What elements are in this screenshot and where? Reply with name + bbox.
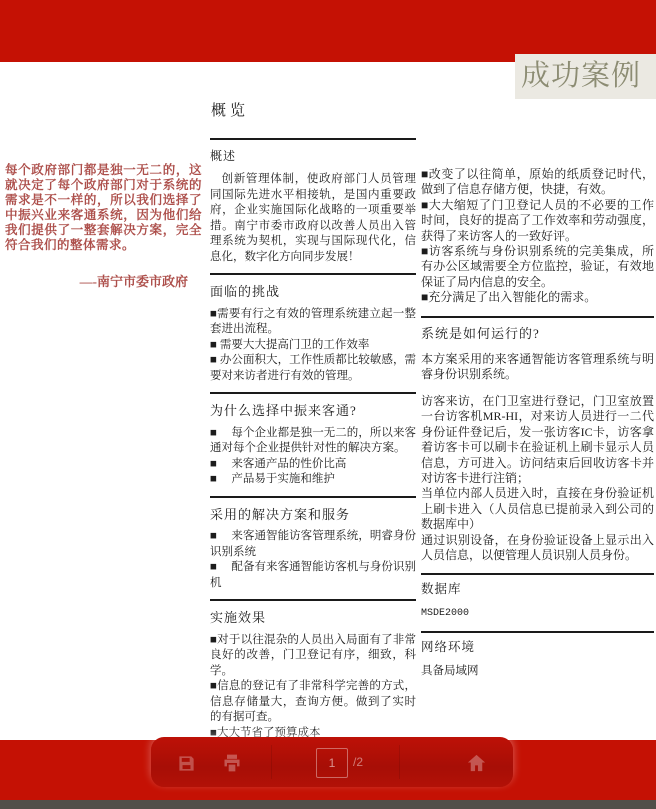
network-heading: 网络环境 [421, 640, 654, 655]
results-heading: 实施效果 [210, 610, 416, 626]
toolbar-separator [271, 745, 272, 779]
section-divider [210, 392, 416, 394]
bullet-item: ■访客系统与身份识别系统的完美集成，所有办公区域需要全方位监控，验证，有效地保证… [421, 244, 654, 290]
quote-attribution: —-南宁市委市政府 [5, 271, 188, 290]
print-icon [222, 753, 242, 773]
bullet-item: ■改变了以往简单，原始的纸质登记时代，做到了信息存储方便，快捷，有效。 [421, 167, 654, 198]
section-divider [210, 496, 416, 498]
customer-quote: 每个政府部门都是独一无二的，这就决定了每个政府部门对于系统的需求是不一样的，所以… [5, 163, 202, 253]
viewer-toolbar: 1 /2 [151, 737, 513, 787]
section-divider [421, 573, 654, 575]
bullet-item: ■大大缩短了门卫登记人员的不必要的工作时间，良好的提高了工作效率和劳动强度，获得… [421, 198, 654, 244]
page-number-input[interactable]: 1 [316, 748, 348, 778]
solutions-heading: 采用的解决方案和服务 [210, 507, 416, 523]
print-button[interactable] [219, 750, 245, 776]
how-it-works-paragraph: 通过识别设备，在身份验证设备上显示出入人员信息，以便管理人员识别人员身份。 [421, 533, 654, 564]
network-value: 具备局域网 [421, 664, 654, 679]
viewer-screen: 成功案例 每个政府部门都是独一无二的，这就决定了每个政府部门对于系统的需求是不一… [0, 0, 656, 809]
challenges-heading: 面临的挑战 [210, 284, 416, 300]
results-list: ■对于以往混杂的人员出入局面有了非常良好的改善，门卫登记有序，细致，科学。 ■信… [210, 633, 416, 742]
bullet-item: ■信息的登记有了非常科学完善的方式，信息存储量大，查询方便。做到了实时的有据可查… [210, 679, 416, 726]
how-it-works-paragraph: 当单位内部人员进入时，直接在身份验证机上刷卡进入（人员信息已提前录入到公司的数据… [421, 486, 654, 532]
challenges-list: ■需要有行之有效的管理系统建立起一整套进出流程。 ■ 需要大大提高门卫的工作效率… [210, 307, 416, 385]
home-button[interactable] [463, 750, 489, 776]
summary-paragraph: 创新管理体制，使政府部门人员管理同国际先进水平相接轨，是国内重要政府，企业实施国… [210, 172, 416, 265]
bullet-item: ■ 产品易于实施和维护 [210, 472, 416, 488]
solutions-list: ■ 来客通智能访客管理系统，明睿身份识别系统 ■ 配备有来客通智能访客机与身份识… [210, 529, 416, 591]
how-it-works-paragraph: 访客来访，在门卫室进行登记，门卫室放置一台访客机MR-HI，对来访人员进行一二代… [421, 394, 654, 486]
bullet-item: ■ 来客通智能访客管理系统，明睿身份识别系统 [210, 529, 416, 560]
toolbar-separator [399, 745, 400, 779]
save-icon [177, 754, 196, 773]
page-total-label: /2 [353, 748, 363, 776]
how-it-works-heading: 系统是如何运行的? [421, 326, 654, 341]
overview-heading: 概览 [211, 104, 416, 120]
database-heading: 数据库 [421, 582, 654, 597]
middle-column: 概览 概述 创新管理体制，使政府部门人员管理同国际先进水平相接轨，是国内重要政府… [210, 0, 416, 741]
quote-column: 每个政府部门都是独一无二的，这就决定了每个政府部门对于系统的需求是不一样的，所以… [5, 0, 202, 290]
footer-strip [0, 800, 656, 809]
bullet-item: ■ 每个企业都是独一无二的，所以来客通对每个企业提供针对性的解决方案。 [210, 426, 416, 457]
section-divider [210, 599, 416, 601]
section-divider [210, 138, 416, 140]
bullet-item: ■ 配备有来客通智能访客机与身份识别机 [210, 560, 416, 591]
why-choose-list: ■ 每个企业都是独一无二的，所以来客通对每个企业提供针对性的解决方案。 ■ 来客… [210, 426, 416, 488]
why-choose-heading: 为什么选择中振来客通? [210, 403, 416, 419]
database-value: MSDE2000 [421, 606, 654, 621]
right-column: ■改变了以往简单，原始的纸质登记时代，做到了信息存储方便，快捷，有效。 ■大大缩… [421, 0, 654, 679]
save-button[interactable] [173, 750, 199, 776]
bullet-item: ■ 办公面积大，工作性质都比较敏感，需要对来访者进行有效的管理。 [210, 353, 416, 384]
bullet-item: ■ 需要大大提高门卫的工作效率 [210, 338, 416, 354]
benefits-list: ■改变了以往简单，原始的纸质登记时代，做到了信息存储方便，快捷，有效。 ■大大缩… [421, 167, 654, 306]
section-divider [421, 631, 654, 633]
how-it-works-paragraph: 本方案采用的来客通智能访客管理系统与明睿身份识别系统。 [421, 352, 654, 383]
bullet-item: ■对于以往混杂的人员出入局面有了非常良好的改善，门卫登记有序，细致，科学。 [210, 633, 416, 680]
bullet-item: ■ 来客通产品的性价比高 [210, 457, 416, 473]
section-divider [210, 273, 416, 275]
bullet-item: ■充分满足了出入智能化的需求。 [421, 290, 654, 305]
summary-heading: 概述 [210, 149, 416, 165]
home-icon [465, 752, 488, 775]
section-divider [421, 316, 654, 318]
bullet-item: ■需要有行之有效的管理系统建立起一整套进出流程。 [210, 307, 416, 338]
